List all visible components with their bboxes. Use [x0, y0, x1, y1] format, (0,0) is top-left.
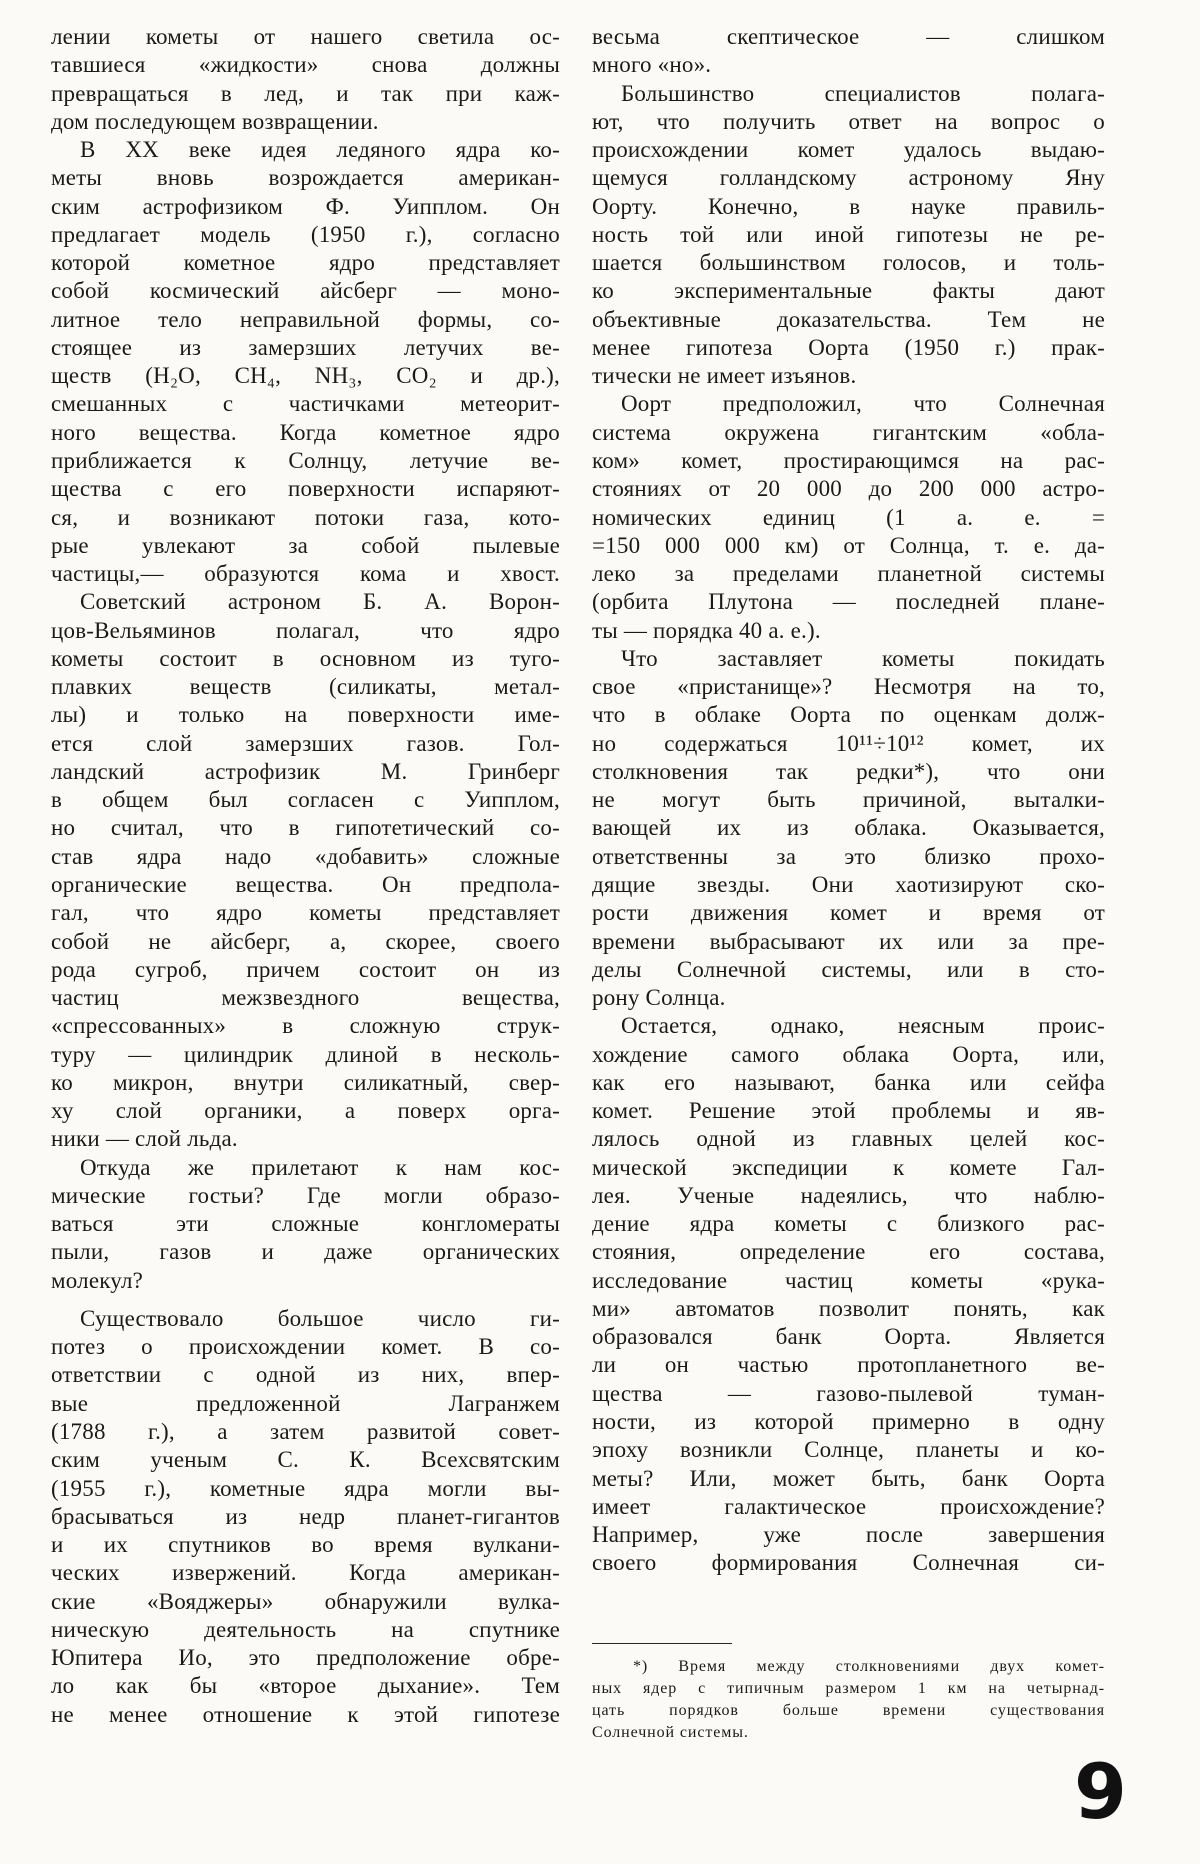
- text-line: рода сугроб, причем состоит он из: [51, 956, 560, 984]
- text-line: собой не айсберг, а, скорее, своего: [51, 928, 560, 956]
- text-line: ники — слой льда.: [51, 1125, 560, 1153]
- text-line: предлагает модель (1950 г.), согласно: [51, 221, 560, 249]
- text-line: весьма скептическое — слишком: [592, 23, 1105, 51]
- text-line: которой кометное ядро представляет: [51, 249, 560, 277]
- text-line: ответственны за это близко прохо-: [592, 843, 1105, 871]
- paragraph: В XX веке идея ледяного ядра ко- меты вн…: [51, 136, 560, 588]
- paragraph: Существовало большое число ги- потез о п…: [51, 1305, 560, 1729]
- text-line: ком» комет, простирающимся на рас-: [592, 447, 1105, 475]
- text-line: цов-Вельяминов полагал, что ядро: [51, 617, 560, 645]
- text-line: органические вещества. Он предпола-: [51, 871, 560, 899]
- text-line: ты — порядка 40 а. е.).: [592, 617, 1105, 645]
- text-line: исследование частиц кометы «рука-: [592, 1267, 1105, 1295]
- text-line: частицы,— образуются кома и хвост.: [51, 560, 560, 588]
- text-line: ют, что получить ответ на вопрос о: [592, 108, 1105, 136]
- text-line: частиц межзвездного вещества,: [51, 984, 560, 1012]
- text-line: объективные доказательства. Тем не: [592, 306, 1105, 334]
- paragraph: Что заставляет кометы покидать свое «при…: [592, 645, 1105, 1012]
- text-line: Большинство специалистов полага-: [592, 80, 1105, 108]
- text-line: ским астрофизиком Ф. Уипплом. Он: [51, 193, 560, 221]
- text-line: мической экспедиции к комете Гал-: [592, 1154, 1105, 1182]
- text-line: происхождении комет удалось выдаю-: [592, 136, 1105, 164]
- text-line: ответствии с одной из них, впер-: [51, 1361, 560, 1389]
- text-line: ществ (H₂O, CH₄, NH₃, CO₂ и др.),: [51, 362, 560, 390]
- footnote-line: ных ядер с типичным размером 1 км на чет…: [592, 1678, 1105, 1700]
- text-line: вающей их из облака. Оказывается,: [592, 814, 1105, 842]
- text-line: ло как бы «второе дыхание». Тем: [51, 1672, 560, 1700]
- paragraph: Советский астроном Б. А. Ворон- цов-Вель…: [51, 588, 560, 1153]
- text-line: Оорт предположил, что Солнечная: [592, 390, 1105, 418]
- text-line: ваться эти сложные конгломераты: [51, 1210, 560, 1238]
- text-line: рости движения комет и время от: [592, 899, 1105, 927]
- text-line: мические гостьи? Где могли образо-: [51, 1182, 560, 1210]
- text-line: но считал, что в гипотетический со-: [51, 814, 560, 842]
- text-line: лялось одной из главных целей кос-: [592, 1125, 1105, 1153]
- text-line: кометы состоит в основном из туго-: [51, 645, 560, 673]
- text-line: тавшиеся «жидкости» снова должны: [51, 51, 560, 79]
- page-number: 9: [1074, 1752, 1127, 1832]
- text-line: (орбита Плутона — последней плане-: [592, 588, 1105, 616]
- footnote-line: *) Время между столкновениями двух комет…: [592, 1656, 1105, 1678]
- text-line: делы Солнечной системы, или в сто-: [592, 956, 1105, 984]
- text-line: комет. Решение этой проблемы и яв-: [592, 1097, 1105, 1125]
- footnote-divider: [592, 1643, 732, 1644]
- text-line: ность той или иной гипотезы не ре-: [592, 221, 1105, 249]
- text-line: щества — газово-пылевой туман-: [592, 1380, 1105, 1408]
- text-line: столкновения так редки*), что они: [592, 758, 1105, 786]
- text-line: «спрессованных» в сложную струк-: [51, 1012, 560, 1040]
- text-line: Что заставляет кометы покидать: [592, 645, 1105, 673]
- text-line: ности, из которой примерно в одну: [592, 1408, 1105, 1436]
- text-line: дящие звезды. Они хаотизируют ско-: [592, 871, 1105, 899]
- left-column: лении кометы от нашего светила ос- тавши…: [51, 23, 560, 1729]
- paragraph: Оорт предположил, что Солнечная система …: [592, 390, 1105, 644]
- text-line: литное тело неправильной формы, со-: [51, 306, 560, 334]
- text-line: образовался банк Оорта. Является: [592, 1323, 1105, 1351]
- text-line: но содержаться 10¹¹÷10¹² комет, их: [592, 730, 1105, 758]
- text-line: щемуся голландскому астроному Яну: [592, 164, 1105, 192]
- paragraph: лении кометы от нашего светила ос- тавши…: [51, 23, 560, 136]
- text-line: шается большинством голосов, и толь-: [592, 249, 1105, 277]
- text-line: свое «пристанище»? Несмотря на то,: [592, 673, 1105, 701]
- text-line: ли он частью протопланетного ве-: [592, 1351, 1105, 1379]
- text-line: лы) и только на поверхности име-: [51, 701, 560, 729]
- paragraph: Откуда же прилетают к нам кос- мические …: [51, 1154, 560, 1295]
- text-line: дение ядра кометы с близкого рас-: [592, 1210, 1105, 1238]
- text-line: ко экспериментальные факты дают: [592, 277, 1105, 305]
- text-line: стоящее из замерзших летучих ве-: [51, 334, 560, 362]
- text-line: Например, уже после завершения: [592, 1521, 1105, 1549]
- text-line: =150 000 000 км) от Солнца, т. е. да-: [592, 532, 1105, 560]
- text-line: Откуда же прилетают к нам кос-: [51, 1154, 560, 1182]
- right-column: весьма скептическое — слишком много «но»…: [592, 23, 1105, 1578]
- text-line: ется слой замерзших газов. Гол-: [51, 730, 560, 758]
- text-line: как его называют, банка или сейфа: [592, 1069, 1105, 1097]
- footnote: *) Время между столкновениями двух комет…: [592, 1656, 1105, 1744]
- text-line: не могут быть причиной, выталки-: [592, 786, 1105, 814]
- text-line: не менее отношение к этой гипотезе: [51, 1701, 560, 1729]
- text-line: ся, и возникают потоки газа, кото-: [51, 504, 560, 532]
- text-line: вые предложенной Лагранжем: [51, 1390, 560, 1418]
- text-line: смешанных с частичками метеорит-: [51, 390, 560, 418]
- paragraph: весьма скептическое — слишком много «но»…: [592, 23, 1105, 80]
- text-line: став ядра надо «добавить» сложные: [51, 843, 560, 871]
- text-line: рону Солнца.: [592, 984, 1105, 1012]
- text-line: гал, что ядро кометы представляет: [51, 899, 560, 927]
- text-line: ническую деятельность на спутнике: [51, 1616, 560, 1644]
- text-line: туру — цилиндрик длиной в несколь-: [51, 1041, 560, 1069]
- text-line: времени выбрасывают их или за пре-: [592, 928, 1105, 956]
- text-line: ми» автоматов позволит понять, как: [592, 1295, 1105, 1323]
- text-line: и их спутников во время вулкани-: [51, 1531, 560, 1559]
- text-line: тически не имеет изъянов.: [592, 362, 1105, 390]
- text-line: леко за пределами планетной системы: [592, 560, 1105, 588]
- text-line: менее гипотеза Оорта (1950 г.) прак-: [592, 334, 1105, 362]
- text-line: (1955 г.), кометные ядра могли вы-: [51, 1475, 560, 1503]
- text-line: (1788 г.), а затем развитой совет-: [51, 1418, 560, 1446]
- text-line: номических единиц (1 а. е. =: [592, 504, 1105, 532]
- text-line: хождение самого облака Оорта, или,: [592, 1041, 1105, 1069]
- text-line: собой космический айсберг — моно-: [51, 277, 560, 305]
- text-line: ческих извержений. Когда американ-: [51, 1559, 560, 1587]
- text-line: меты? Или, может быть, банк Оорта: [592, 1465, 1105, 1493]
- text-line: лении кометы от нашего светила ос-: [51, 23, 560, 51]
- text-line: Юпитера Ио, это предположение обре-: [51, 1644, 560, 1672]
- text-line: меты вновь возрождается американ-: [51, 164, 560, 192]
- text-line: имеет галактическое происхождение?: [592, 1493, 1105, 1521]
- text-line: своего формирования Солнечная си-: [592, 1549, 1105, 1577]
- footnote-line: цать порядков больше времени существован…: [592, 1700, 1105, 1722]
- text-line: Оорту. Конечно, в науке правиль-: [592, 193, 1105, 221]
- text-line: ландский астрофизик М. Гринберг: [51, 758, 560, 786]
- text-line: ного вещества. Когда кометное ядро: [51, 419, 560, 447]
- text-line: молекул?: [51, 1267, 560, 1295]
- footnote-line: Солнечной системы.: [592, 1722, 1105, 1744]
- paragraph: Остается, однако, неясным проис- хождени…: [592, 1012, 1105, 1577]
- text-line: плавких веществ (силикаты, метал-: [51, 673, 560, 701]
- text-line: в общем был согласен с Уипплом,: [51, 786, 560, 814]
- text-line: Существовало большое число ги-: [51, 1305, 560, 1333]
- text-line: лея. Ученые надеялись, что наблю-: [592, 1182, 1105, 1210]
- text-line: приближается к Солнцу, летучие ве-: [51, 447, 560, 475]
- text-line: пыли, газов и даже органических: [51, 1238, 560, 1266]
- text-line: брасываться из недр планет-гигантов: [51, 1503, 560, 1531]
- text-line: превращаться в лед, и так при каж-: [51, 80, 560, 108]
- text-line: эпоху возникли Солнце, планеты и ко-: [592, 1436, 1105, 1464]
- text-line: щества с его поверхности испаряют-: [51, 475, 560, 503]
- text-line: система окружена гигантским «обла-: [592, 419, 1105, 447]
- text-line: что в облаке Оорта по оценкам долж-: [592, 701, 1105, 729]
- text-line: много «но».: [592, 51, 1105, 79]
- text-line: ху слой органики, а поверх орга-: [51, 1097, 560, 1125]
- text-line: ские «Вояджеры» обнаружили вулка-: [51, 1588, 560, 1616]
- text-line: потез о происхождении комет. В со-: [51, 1333, 560, 1361]
- paragraph: Большинство специалистов полага- ют, что…: [592, 80, 1105, 391]
- text-line: дом последующем возвращении.: [51, 108, 560, 136]
- text-line: стояния, определение его состава,: [592, 1238, 1105, 1266]
- text-line: стояниях от 20 000 до 200 000 астро-: [592, 475, 1105, 503]
- text-line: ко микрон, внутри силикатный, свер-: [51, 1069, 560, 1097]
- text-line: ским ученым С. К. Всехсвятским: [51, 1446, 560, 1474]
- text-line: В XX веке идея ледяного ядра ко-: [51, 136, 560, 164]
- text-line: Остается, однако, неясным проис-: [592, 1012, 1105, 1040]
- text-line: Советский астроном Б. А. Ворон-: [51, 588, 560, 616]
- text-line: рые увлекают за собой пылевые: [51, 532, 560, 560]
